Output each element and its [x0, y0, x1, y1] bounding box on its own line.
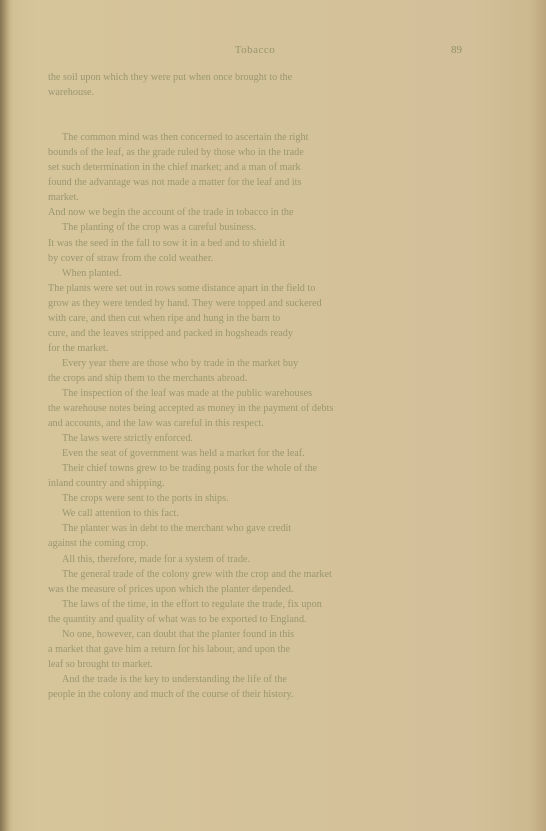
text-line: found the advantage was not made a matte…	[48, 175, 462, 190]
text-line: The common mind was then concerned to as…	[48, 130, 462, 145]
text-line: All this, therefore, made for a system o…	[48, 552, 462, 567]
page-body-text: the soil upon which they were put when o…	[48, 70, 462, 702]
text-line: with care, and then cut when ripe and hu…	[48, 311, 462, 326]
text-line: No one, however, can doubt that the plan…	[48, 627, 462, 642]
text-line: against the coming crop.	[48, 536, 276, 551]
text-line	[48, 100, 462, 115]
text-line: The inspection of the leaf was made at t…	[48, 386, 462, 401]
text-line: the quantity and quality of what was to …	[48, 612, 462, 627]
text-line: by cover of straw from the cold weather.	[48, 251, 462, 266]
text-line: And now we begin the account of the trad…	[48, 205, 462, 220]
text-line: We call attention to this fact.	[48, 506, 276, 521]
text-line: the warehouse notes being accepted as mo…	[48, 401, 462, 416]
text-line: grow as they were tended by hand. They w…	[48, 296, 462, 311]
text-line: And the trade is the key to understandin…	[48, 672, 462, 687]
text-line: When planted.	[48, 266, 276, 281]
text-line: Every year there are those who by trade …	[48, 356, 462, 371]
text-line: was the measure of prices upon which the…	[48, 582, 462, 597]
page-number: 89	[451, 44, 462, 56]
text-line: Even the seat of government was held a m…	[48, 446, 462, 461]
text-line: and accounts, and the law was careful in…	[48, 416, 462, 431]
running-head-title: Tobacco	[48, 44, 462, 56]
text-line: inland country and shipping.	[48, 476, 276, 491]
text-line: market.	[48, 190, 276, 205]
text-line: The general trade of the colony grew wit…	[48, 567, 462, 582]
binding-gutter-shadow	[0, 0, 10, 831]
text-line: for the market.	[48, 341, 276, 356]
text-line: It was the seed in the fall to sow it in…	[48, 236, 462, 251]
text-line: the soil upon which they were put when o…	[48, 70, 462, 85]
text-line: cure, and the leaves stripped and packed…	[48, 326, 462, 341]
text-line: The laws of the time, in the effort to r…	[48, 597, 462, 612]
text-line: warehouse.	[48, 85, 276, 100]
text-line: bounds of the leaf, as the grade ruled b…	[48, 145, 462, 160]
text-line: The planter was in debt to the merchant …	[48, 521, 462, 536]
running-header: Tobacco 89	[48, 44, 462, 60]
book-page: Tobacco 89 the soil upon which they were…	[0, 0, 546, 831]
text-line: The planting of the crop was a careful b…	[48, 220, 462, 235]
text-line	[48, 115, 462, 130]
text-line: the crops and ship them to the merchants…	[48, 371, 462, 386]
text-line: Their chief towns grew to be trading pos…	[48, 461, 462, 476]
text-line: The laws were strictly enforced.	[48, 431, 276, 446]
text-line: set such determination in the chief mark…	[48, 160, 462, 175]
text-line: The plants were set out in rows some dis…	[48, 281, 462, 296]
text-line: The crops were sent to the ports in ship…	[48, 491, 462, 506]
text-line: leaf so brought to market.	[48, 657, 276, 672]
text-line: people in the colony and much of the cou…	[48, 687, 462, 702]
text-line: a market that gave him a return for his …	[48, 642, 462, 657]
